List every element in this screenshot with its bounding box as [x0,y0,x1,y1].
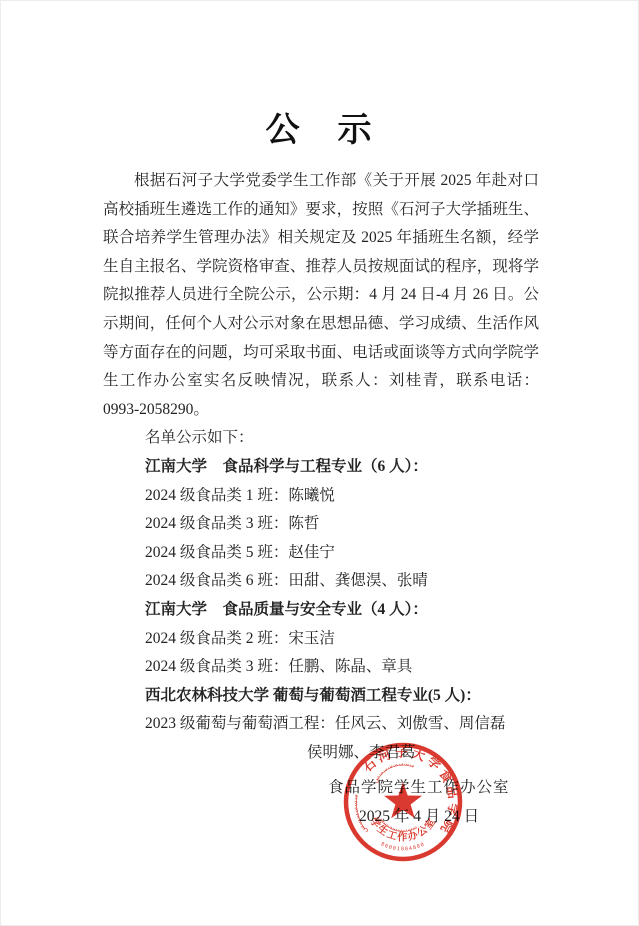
main-paragraph: 根据石河子大学党委学生工作部《关于开展 2025 年赴对口高校插班生遴选工作的通… [103,167,539,424]
announcement-list: 江南大学 食品科学与工程专业（6 人）： 2024 级食品类 1 班：陈曦悦 2… [103,453,539,768]
list-item: 2024 级食品类 3 班：任鹏、陈晶、章具 [103,653,539,682]
seal-star-icon [384,782,422,818]
list-item: 2024 级食品类 3 班：陈哲 [103,510,539,539]
list-item: 2024 级食品类 1 班：陈曦悦 [103,482,539,511]
announcement-document: 公 示 根据石河子大学党委学生工作部《关于开展 2025 年赴对口高校插班生遴选… [0,0,639,926]
list-item: 2024 级食品类 5 班：赵佳宁 [103,539,539,568]
list-header-jiangnan-food-quality: 江南大学 食品质量与安全专业（4 人）： [103,596,539,625]
page-title: 公 示 [0,102,639,151]
seal-graphic: سسسسسس 石河子大学食品学院 سسسسسسسس سسسسسسسس 学生工作办… [325,724,481,880]
list-item: 2024 级食品类 2 班：宋玉洁 [103,625,539,654]
official-red-seal: سسسسسس 石河子大学食品学院 سسسسسسسس سسسسسسسس 学生工作办… [325,724,481,880]
list-header-northwest-af-university: 西北农林科技大学 葡萄与葡萄酒工程专业(5 人)： [103,682,539,711]
list-header-jiangnan-food-science: 江南大学 食品科学与工程专业（6 人）： [103,453,539,482]
list-item: 2024 级食品类 6 班：田甜、龚偲淏、张晴 [103,567,539,596]
document-body: 根据石河子大学党委学生工作部《关于开展 2025 年赴对口高校插班生遴选工作的通… [103,167,539,767]
lead-in-line: 名单公示如下： [103,424,539,453]
